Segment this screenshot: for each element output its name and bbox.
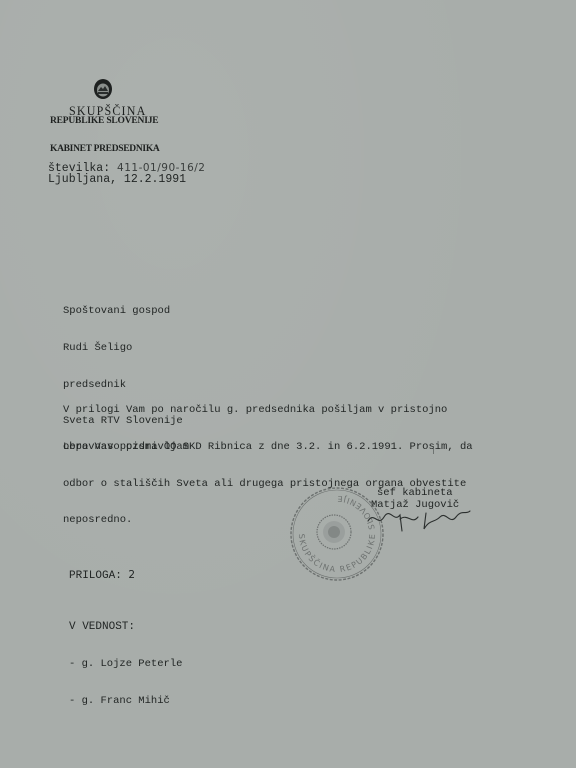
attachments-line: PRILOGA: 2 [69, 569, 135, 583]
pen-mark [433, 446, 437, 454]
cc-recipient: - g. Franc Mihič [69, 695, 182, 707]
letter-page: SKUPŠČINA REPUBLIKE SLOVENIJE KABINET PR… [0, 0, 576, 768]
attachments-label: PRILOGA: [69, 570, 122, 582]
place-date: Ljubljana, 12.2.1991 [48, 174, 186, 187]
addressee-line: Rudi Šeligo [63, 342, 183, 354]
signatory-title: šef kabineta [377, 487, 453, 500]
cc-list: - g. Lojze Peterle - g. Franc Mihič [69, 633, 182, 732]
institution-subtitle: REPUBLIKE SLOVENIJE [50, 116, 158, 126]
cc-label: V VEDNOST: [69, 621, 135, 634]
handwritten-signature-icon [364, 505, 474, 535]
cc-recipient: - g. Lojze Peterle [69, 658, 182, 670]
attachments-count: 2 [128, 569, 135, 581]
closing-greeting: Lepo Vas pozdravljam [63, 441, 189, 454]
department-name: KABINET PREDSEDNIKA [50, 144, 159, 154]
addressee-line: Spoštovani gospod [63, 305, 183, 317]
body-line: V prilogi Vam po naročilu g. predsednika… [63, 404, 473, 416]
coat-of-arms-icon [93, 78, 113, 100]
